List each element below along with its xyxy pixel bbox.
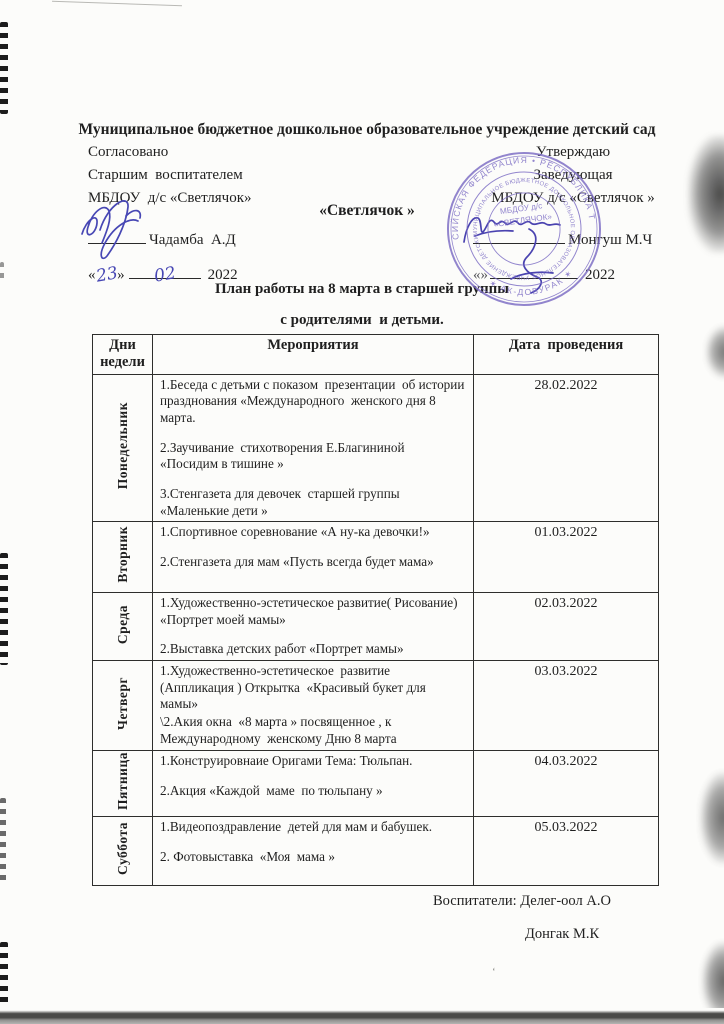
scan-smudge <box>706 326 724 378</box>
day-label: Вторник <box>115 526 131 583</box>
agreed-label: Согласовано <box>88 141 378 164</box>
activity-item: 2.Выставка детских работ «Портрет мамы» <box>160 641 465 658</box>
day-label: Четверг <box>115 677 131 730</box>
agreed-role: Старшим воспитателем <box>88 164 378 187</box>
scan-scratch <box>52 1 182 7</box>
binding-marks-cluster <box>0 798 6 883</box>
activity-item: 1.Конструировнаие Оригами Тема: Тюльпан. <box>160 753 465 770</box>
approve-org: МБДОУ д/с «Светлячок » <box>473 187 673 210</box>
binding-marks-cluster <box>0 553 8 665</box>
header-date: Дата проведения <box>474 335 659 375</box>
activity-item: 2.Акция «Каждой маме по тюльпану » <box>160 783 465 800</box>
activity-item: 1.Видеопоздравление детей для мам и бабу… <box>160 819 465 836</box>
plan-title-line1: План работы на 8 марта в старшей группы <box>0 281 724 298</box>
table-row-thursday: Четверг 1.Художественно-эстетическое раз… <box>93 661 659 751</box>
approve-signature-line: Монгуш М.Ч <box>473 226 673 252</box>
agreed-org: МБДОУ д/с «Светлячок» <box>88 187 378 210</box>
activity-item: 3.Стенгазета для девочек старшей группы … <box>160 486 465 519</box>
binding-marks-cluster <box>0 22 8 114</box>
date-value: 28.02.2022 <box>474 374 659 521</box>
date-value: 02.03.2022 <box>474 593 659 661</box>
date-value: 05.03.2022 <box>474 817 659 886</box>
approve-label: Утверждаю <box>473 141 673 164</box>
header-days: Дни недели <box>93 335 153 375</box>
table-row-monday: Понедельник 1.Беседа с детьми с показом … <box>93 374 659 521</box>
activity-item: 2. Фотовыставка «Моя мама » <box>160 849 465 866</box>
activity-item: 2.Стенгазета для мам «Пусть всегда будет… <box>160 554 465 571</box>
day-label: Суббота <box>115 822 131 875</box>
schedule-table: Дни недели Мероприятия Дата проведения П… <box>92 334 659 886</box>
activity-item: 1.Беседа с детьми с показом презентации … <box>160 377 465 427</box>
document-page: ‘ Муниципальное бюджетное дошкольное обр… <box>0 0 724 1024</box>
scan-edge-bottom <box>0 1008 724 1024</box>
table-row-friday: Пятница 1.Конструировнаие Оригами Тема: … <box>93 751 659 817</box>
footer-educators: Воспитатели: Делег-оол А.О Донгак М.К <box>433 893 611 943</box>
agreed-signature-name: Чадамба А.Д <box>146 232 236 248</box>
approval-block-agreed: Согласовано Старшим воспитателем МБДОУ д… <box>88 141 378 287</box>
table-header-row: Дни недели Мероприятия Дата проведения <box>93 335 659 375</box>
date-value: 01.03.2022 <box>474 522 659 593</box>
date-value: 03.03.2022 <box>474 661 659 751</box>
table-row-tuesday: Вторник 1.Спортивное соревнование «А ну-… <box>93 522 659 593</box>
educators-line1: Воспитатели: Делег-оол А.О <box>433 893 611 910</box>
day-label: Понедельник <box>115 402 131 489</box>
approve-role: Заведующая <box>473 164 673 187</box>
date-underline: 02 <box>129 261 201 279</box>
activity-item: \2.Акия окна «8 марта » посвященное , к … <box>160 714 465 747</box>
agreed-signature-line: Чадамба А.Д <box>88 226 378 252</box>
plan-title-line2: с родителями и детьми. <box>0 312 724 329</box>
binding-marks-cluster <box>0 942 8 1012</box>
date-value: 04.03.2022 <box>474 751 659 817</box>
org-title-line1: Муниципальное бюджетное дошкольное образ… <box>52 116 682 143</box>
scan-smudge <box>700 772 724 864</box>
activity-item: 2.Заучивание стихотворения Е.Благининой … <box>160 440 465 473</box>
scan-smudge <box>688 135 724 253</box>
activity-item: 1.Художественно-эстетическое развитие (А… <box>160 663 465 713</box>
day-label: Среда <box>115 605 131 644</box>
approve-signature-name: Монгуш М.Ч <box>565 232 652 248</box>
approval-block-approve: Утверждаю Заведующая МБДОУ д/с «Светлячо… <box>473 141 673 287</box>
day-label: Пятница <box>115 752 131 810</box>
signature-underline <box>88 226 146 244</box>
activity-item: 1.Художественно-эстетическое развитие( Р… <box>160 595 465 628</box>
activity-item: 1.Спортивное соревнование «А ну-ка девоч… <box>160 524 465 541</box>
date-underline <box>490 261 578 279</box>
table-row-wednesday: Среда 1.Художественно-эстетическое разви… <box>93 593 659 661</box>
signature-underline <box>473 226 565 244</box>
header-activities: Мероприятия <box>153 335 474 375</box>
scan-speck: ‘ <box>492 966 496 978</box>
table-row-saturday: Суббота 1.Видеопоздравление детей для ма… <box>93 817 659 886</box>
plan-title: План работы на 8 марта в старшей группы … <box>0 281 724 329</box>
educators-line2: Донгак М.К <box>433 926 611 943</box>
